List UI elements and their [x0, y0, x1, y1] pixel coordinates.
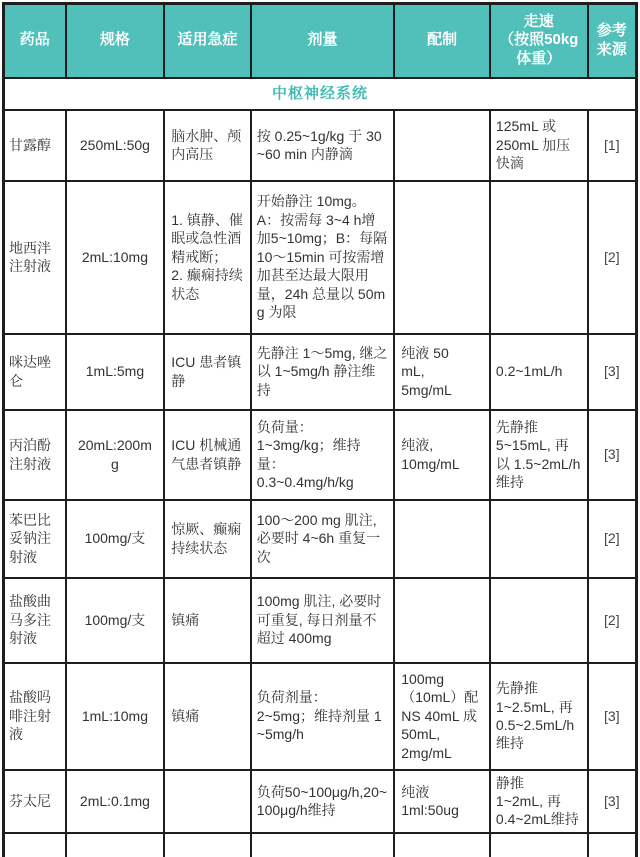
dose-cell: 100mg 肌注, 必要时可重复, 每日剂量不超过 400mg — [251, 578, 394, 663]
ref-cell: [1] — [588, 110, 637, 181]
rate-cell: 先静推 5~15mL, 再以 1.5~2mL/h 维持 — [490, 410, 588, 500]
header-rate: 走速 （按照50kg 体重） — [490, 4, 588, 78]
indication-cell: 脑水肿、颅内高压 — [164, 110, 251, 181]
spec-cell: 100mg/支 — [66, 500, 165, 578]
indication-cell: ICU 患者镇静 — [164, 334, 251, 410]
header-spec: 规格 — [66, 4, 165, 78]
drug-name-cell: 丙泊酚注射液 — [4, 410, 66, 500]
table-row: 芬太尼 2mL:0.1mg 负荷50~100μg/h,20~100μg/h维持 … — [4, 770, 637, 833]
rate-cell — [490, 181, 588, 334]
table-row: 苯巴比妥钠注射液 100mg/支 惊厥、癫痫持续状态 100～200 mg 肌注… — [4, 500, 637, 578]
ref-cell: [2] — [588, 500, 637, 578]
empty-cell — [164, 833, 251, 857]
page: 药品 规格 适用急症 剂量 配制 走速 （按照50kg 体重） 参考 来源 中枢… — [0, 0, 640, 857]
spec-cell: 1mL:10mg — [66, 663, 165, 770]
empty-cell — [394, 833, 490, 857]
drug-name-cell: 芬太尼 — [4, 770, 66, 833]
spec-cell: 250mL:50g — [66, 110, 165, 181]
dose-cell: 按 0.25~1g/kg 于 30~60 min 内静滴 — [251, 110, 394, 181]
table-row: 盐酸吗啡注射液 1mL:10mg 镇痛 负荷剂量： 2~5mg；维持剂量 1~5… — [4, 663, 637, 770]
rate-cell — [490, 578, 588, 663]
header-row: 药品 规格 适用急症 剂量 配制 走速 （按照50kg 体重） 参考 来源 — [4, 4, 637, 78]
empty-cell — [588, 833, 637, 857]
table-row: 丙泊酚注射液 20mL:200mg ICU 机械通气患者镇静 负荷量： 1~3m… — [4, 410, 637, 500]
table-row: 盐酸曲马多注射液 100mg/支 镇痛 100mg 肌注, 必要时可重复, 每日… — [4, 578, 637, 663]
prep-cell: 纯液 1ml:50ug — [394, 770, 490, 833]
ref-cell: [2] — [588, 181, 637, 334]
indication-cell: ICU 机械通气患者镇静 — [164, 410, 251, 500]
drug-name-cell: 盐酸曲马多注射液 — [4, 578, 66, 663]
drug-name-cell: 苯巴比妥钠注射液 — [4, 500, 66, 578]
spec-cell: 2mL:0.1mg — [66, 770, 165, 833]
empty-cell — [66, 833, 165, 857]
header-prep: 配制 — [394, 4, 490, 78]
indication-cell: 镇痛 — [164, 663, 251, 770]
section-row: 中枢神经系统 — [4, 78, 637, 110]
table-row-partial — [4, 833, 637, 857]
drug-name-cell: 盐酸吗啡注射液 — [4, 663, 66, 770]
dose-cell: 100～200 mg 肌注, 必要时 4~6h 重复一次 — [251, 500, 394, 578]
dose-cell: 负荷量： 1~3mg/kg；维持量： 0.3~0.4mg/h/kg — [251, 410, 394, 500]
header-ref: 参考 来源 — [588, 4, 637, 78]
header-drug: 药品 — [4, 4, 66, 78]
prep-cell: 纯液, 10mg/mL — [394, 410, 490, 500]
rate-cell: 静推 1~2mL, 再 0.4~2mL维持 — [490, 770, 588, 833]
spec-cell: 1mL:5mg — [66, 334, 165, 410]
rate-cell: 125mL 或 250mL 加压快滴 — [490, 110, 588, 181]
dose-cell: 开始静注 10mg。 A：按需每 3~4 h增加5~10mg；B：每隔 10～1… — [251, 181, 394, 334]
rate-cell: 先静推 1~2.5mL, 再 0.5~2.5mL/h 维持 — [490, 663, 588, 770]
prep-cell — [394, 578, 490, 663]
rate-cell — [490, 500, 588, 578]
indication-cell: 镇痛 — [164, 578, 251, 663]
empty-cell — [4, 833, 66, 857]
dose-cell: 负荷剂量： 2~5mg；维持剂量 1~5mg/h — [251, 663, 394, 770]
prep-cell: 100mg （10mL）配 NS 40mL 成 50mL, 2mg/mL — [394, 663, 490, 770]
drug-reference-table: 药品 规格 适用急症 剂量 配制 走速 （按照50kg 体重） 参考 来源 中枢… — [2, 2, 638, 857]
prep-cell — [394, 110, 490, 181]
dose-cell: 先静注 1～5mg, 继之以 1~5mg/h 静注维持 — [251, 334, 394, 410]
spec-cell: 20mL:200mg — [66, 410, 165, 500]
table-row: 咪达唑仑 1mL:5mg ICU 患者镇静 先静注 1～5mg, 继之以 1~5… — [4, 334, 637, 410]
prep-cell — [394, 181, 490, 334]
section-title: 中枢神经系统 — [4, 78, 637, 110]
empty-cell — [251, 833, 394, 857]
prep-cell: 纯液 50 mL, 5mg/mL — [394, 334, 490, 410]
ref-cell: [3] — [588, 334, 637, 410]
header-dose: 剂量 — [251, 4, 394, 78]
ref-cell: [3] — [588, 663, 637, 770]
dose-cell: 负荷50~100μg/h,20~100μg/h维持 — [251, 770, 394, 833]
ref-cell: [3] — [588, 410, 637, 500]
header-indication: 适用急症 — [164, 4, 251, 78]
table-row: 地西泮注射液 2mL:10mg 1. 镇静、催眠或急性酒精戒断； 2. 癫痫持续… — [4, 181, 637, 334]
spec-cell: 100mg/支 — [66, 578, 165, 663]
indication-cell: 1. 镇静、催眠或急性酒精戒断； 2. 癫痫持续状态 — [164, 181, 251, 334]
rate-cell: 0.2~1mL/h — [490, 334, 588, 410]
drug-name-cell: 地西泮注射液 — [4, 181, 66, 334]
indication-cell: 惊厥、癫痫持续状态 — [164, 500, 251, 578]
ref-cell: [3] — [588, 770, 637, 833]
drug-name-cell: 咪达唑仑 — [4, 334, 66, 410]
table-row: 甘露醇 250mL:50g 脑水肿、颅内高压 按 0.25~1g/kg 于 30… — [4, 110, 637, 181]
indication-cell — [164, 770, 251, 833]
drug-name-cell: 甘露醇 — [4, 110, 66, 181]
ref-cell: [2] — [588, 578, 637, 663]
empty-cell — [490, 833, 588, 857]
spec-cell: 2mL:10mg — [66, 181, 165, 334]
prep-cell — [394, 500, 490, 578]
